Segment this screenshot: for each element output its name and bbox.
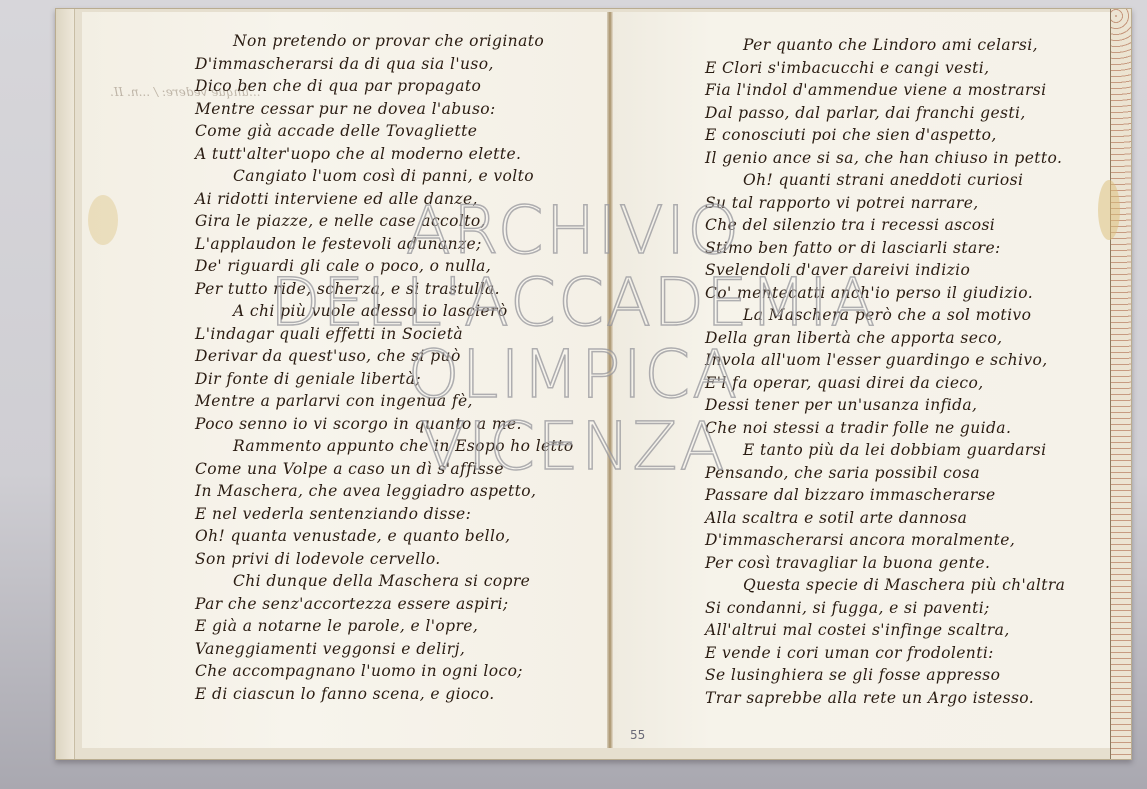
verse-line: Trar saprebbe alla rete un Argo istesso. [705,687,1065,710]
stanza: Oh! quanti strani aneddoti curiosi Su ta… [705,169,1065,304]
verse-line: Fia l'indol d'ammendue viene a mostrarsi [705,79,1065,102]
verse-line: Per quanto che Lindoro ami celarsi, [705,34,1065,57]
verse-line: D'immascherarsi ancora moralmente, [705,529,1065,552]
verse-line: Che accompagnano l'uomo in ogni loco; [195,660,574,683]
stanza: Questa specie di Maschera più ch'altra S… [705,574,1065,709]
verse-line: L'applaudon le festevoli adunanze; [195,233,574,256]
verse-line: In Maschera, che avea leggiadro aspetto, [195,480,574,503]
verse-line: E vende i cori uman cor frodolenti: [705,642,1065,665]
verse-line: Co' mentecatti anch'io perso il giudizio… [705,282,1065,305]
verse-line: Invola all'uom l'esser guardingo e schiv… [705,349,1065,372]
verse-line: Par che senz'accortezza essere aspiri; [195,593,574,616]
verse-line: D'immascherarsi da di qua sia l'uso, [195,53,574,76]
verse-line: Chi dunque della Maschera si copre [195,570,574,593]
verse-line: Alla scaltra e sotil arte dannosa [705,507,1065,530]
verse-line: Su tal rapporto vi potrei narrare, [705,192,1065,215]
verse-line: Oh! quanti strani aneddoti curiosi [705,169,1065,192]
verse-line: Come una Volpe a caso un dì s'affisse [195,458,574,481]
verse-line: Non pretendo or provar che originato [195,30,574,53]
verse-line: A tutt'alter'uopo che al moderno elette. [195,143,574,166]
verse-line: De' riguardi gli cale o poco, o nulla, [195,255,574,278]
book-gutter [607,12,613,748]
stanza: Per quanto che Lindoro ami celarsi, E Cl… [705,34,1065,169]
stanza: Rammento appunto che in Esopo ho letto C… [195,435,574,570]
verse-line: Per tutto ride, scherza, e si trastulla. [195,278,574,301]
verse-line: Se lusinghiera se gli fosse appresso [705,664,1065,687]
right-page-verses: Per quanto che Lindoro ami celarsi, E Cl… [705,34,1065,709]
paper-stain [88,195,118,245]
verse-line: E conosciuti poi che sien d'aspetto, [705,124,1065,147]
verse-line: L'indagar quali effetti in Società [195,323,574,346]
verse-line: Dico ben che di qua par propagato [195,75,574,98]
stanza: A chi più vuole adesso io lascierò L'ind… [195,300,574,435]
verse-line: Derivar da quest'uso, che si può [195,345,574,368]
verse-line: Si condanni, si fugga, e si paventi; [705,597,1065,620]
verse-line: E Clori s'imbacucchi e cangi vesti, [705,57,1065,80]
verse-line: Mentre a parlarvi con ingenua fè, [195,390,574,413]
verse-line: A chi più vuole adesso io lascierò [195,300,574,323]
verse-line: Cangiato l'uom così di panni, e volto [195,165,574,188]
stanza: Non pretendo or provar che originato D'i… [195,30,574,165]
verse-line: E di ciascun lo fanno scena, e gioco. [195,683,574,706]
verse-line: All'altrui mal costei s'infinge scaltra, [705,619,1065,642]
verse-line: Son privi di lodevole cervello. [195,548,574,571]
verse-line: Per così travagliar la buona gente. [705,552,1065,575]
paper-stain [1098,180,1120,240]
verse-line: Che noi stessi a tradir folle ne guida. [705,417,1065,440]
cover-left-edge [56,9,75,759]
stanza: E tanto più da lei dobbiam guardarsi Pen… [705,439,1065,574]
verse-line: E nel vederla sentenziando disse: [195,503,574,526]
page-number: 55 [630,728,645,742]
verse-line: Mentre cessar pur ne dovea l'abuso: [195,98,574,121]
verse-line: Dessi tener per un'usanza infida, [705,394,1065,417]
verse-line: Poco senno io vi scorgo in quanto a me. [195,413,574,436]
verse-line: Della gran libertà che apporta seco, [705,327,1065,350]
verse-line: Passare dal bizzaro immascherarse [705,484,1065,507]
verse-line: Dir fonte di geniale libertà; [195,368,574,391]
verse-line: Svelendoli d'aver dareivi indizio [705,259,1065,282]
verse-line: E già a notarne le parole, e l'opre, [195,615,574,638]
verse-line: E'l fa operar, quasi direi da cieco, [705,372,1065,395]
verse-line: Oh! quanta venustade, e quanto bello, [195,525,574,548]
verse-line: Dal passo, dal parlar, dai franchi gesti… [705,102,1065,125]
left-page-verses: Non pretendo or provar che originato D'i… [195,30,574,705]
verse-line: E tanto più da lei dobbiam guardarsi [705,439,1065,462]
verse-line: Gira le piazze, e nelle case accolto, [195,210,574,233]
verse-line: Che del silenzio tra i recessi ascosi [705,214,1065,237]
verse-line: Pensando, che saria possibil cosa [705,462,1065,485]
verse-line: Questa specie di Maschera più ch'altra [705,574,1065,597]
verse-line: Ai ridotti interviene ed alle danze, [195,188,574,211]
stanza: La Maschera però che a sol motivo Della … [705,304,1065,439]
cover-right-edge-marbled [1110,9,1131,759]
verse-line: La Maschera però che a sol motivo [705,304,1065,327]
stanza: Chi dunque della Maschera si copre Par c… [195,570,574,705]
verse-line: Come già accade delle Tovagliette [195,120,574,143]
stanza: Cangiato l'uom così di panni, e volto Ai… [195,165,574,300]
verse-line: Il genio ance si sa, che han chiuso in p… [705,147,1065,170]
verse-line: Vaneggiamenti veggonsi e delirj, [195,638,574,661]
verse-line: Stimo ben fatto or di lasciarli stare: [705,237,1065,260]
verse-line: Rammento appunto che in Esopo ho letto [195,435,574,458]
